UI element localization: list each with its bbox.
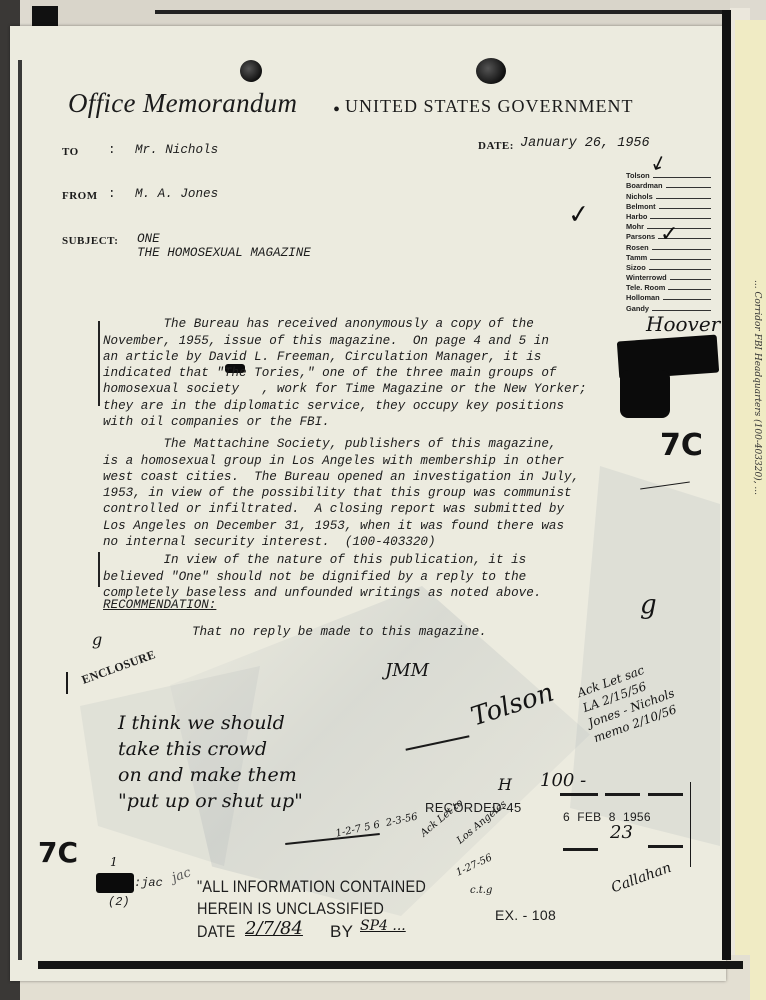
- stamp-line: [605, 793, 640, 796]
- routing-item: Harbo: [626, 211, 711, 221]
- agency-name: UNITED STATES GOVERNMENT: [345, 96, 634, 117]
- checkmark-icon: ✓: [567, 199, 591, 231]
- copy-border-top: [155, 10, 725, 14]
- punch-hole-icon: [240, 60, 262, 82]
- para-line: indicated that "The Tories," one of the …: [103, 365, 587, 381]
- subject-line-2: THE HOMOSEXUAL MAGAZINE: [137, 246, 311, 260]
- handwritten-mark-g: g: [640, 590, 657, 620]
- to-label: TO: [62, 146, 79, 158]
- from-colon: :: [108, 187, 116, 201]
- note-line: on and make them: [118, 762, 303, 788]
- note-line: take this crowd: [118, 736, 303, 762]
- para-line: is a homosexual group in Los Angeles wit…: [103, 453, 579, 469]
- pen-stroke: [66, 672, 68, 694]
- handwritten-ctg: c.t.g: [470, 885, 492, 896]
- to-value: Mr. Nichols: [135, 143, 218, 157]
- handwritten-initials-jmm: JMM: [385, 660, 429, 681]
- stamp-line: [560, 793, 598, 796]
- stamp-line: [648, 793, 683, 796]
- para-line: west coast cities. The Bureau opened an …: [103, 469, 579, 485]
- routing-item: Boardman: [626, 180, 711, 190]
- para-line: In view of the nature of this publicatio…: [103, 552, 541, 568]
- subject-line-1: ONE: [137, 232, 160, 246]
- para-line: believed "One" should not be dignified b…: [103, 569, 541, 585]
- routing-item: Belmont: [626, 201, 711, 211]
- routing-item: Holloman: [626, 292, 711, 302]
- watermark-shape: [570, 466, 720, 846]
- routing-item: Winterrowd: [626, 272, 711, 282]
- recommendation-heading: RECOMMENDATION:: [103, 598, 216, 612]
- to-colon: :: [108, 143, 116, 157]
- handwritten-mark-1: 1: [110, 855, 118, 869]
- para-line: 1953, in view of the possibility that th…: [103, 485, 579, 501]
- from-value: M. A. Jones: [135, 187, 218, 201]
- typist-initials: :jac: [134, 876, 163, 890]
- margin-bar: [98, 552, 100, 587]
- handwritten-mark-g-left: g: [92, 630, 102, 649]
- top-black-block: [32, 6, 58, 26]
- copy-count: (2): [108, 895, 130, 909]
- date-value: January 26, 1956: [520, 136, 650, 151]
- handwritten-hoover-initial: Hoover: [646, 312, 720, 336]
- exemption-mark-7c: 7C: [660, 428, 703, 463]
- memo-title: Office Memorandum: [68, 88, 297, 119]
- date-received-stamp: 6 FEB 8 1956: [563, 810, 651, 824]
- declass-signature: SP4 ...: [360, 918, 406, 934]
- handwritten-note: I think we shouldtake this crowdon and m…: [118, 710, 303, 814]
- checkmark-icon: ✓: [660, 222, 678, 247]
- para-line: The Bureau has received anonymously a co…: [103, 316, 587, 332]
- recommendation-text: That no reply be made to this magazine.: [192, 625, 487, 639]
- redaction-block: [620, 370, 670, 418]
- punch-hole-icon: [476, 58, 506, 84]
- side-note-vertical: ... Corridor FBI Headquarters (100-40332…: [742, 280, 762, 660]
- para-line: controlled or infiltrated. A closing rep…: [103, 501, 579, 517]
- date-label: DATE:: [478, 140, 514, 152]
- serial-number: 23: [610, 822, 633, 843]
- header-separator: •: [333, 99, 340, 122]
- declass-line-2: HEREIN IS UNCLASSIFIED: [197, 899, 384, 919]
- declass-date-label: DATE: [197, 922, 235, 942]
- subject-label: SUBJECT:: [62, 235, 118, 247]
- from-label: FROM: [62, 190, 98, 202]
- para-line: Los Angeles on December 31, 1953, when i…: [103, 518, 579, 534]
- para-line: they are in the diplomatic service, they…: [103, 398, 587, 414]
- handwritten-h: H: [498, 775, 512, 794]
- routing-item: Nichols: [626, 190, 711, 200]
- declass-by-label: BY: [330, 922, 353, 942]
- para-line: an article by David L. Freeman, Circulat…: [103, 349, 587, 365]
- routing-item: Tolson: [626, 170, 711, 180]
- routing-item: Sizoo: [626, 262, 711, 272]
- routing-item: Tamm: [626, 252, 711, 262]
- note-line: "put up or shut up": [118, 788, 303, 814]
- stamp-line: [690, 782, 691, 867]
- copy-border-left: [18, 60, 22, 960]
- para-line: November, 1955, issue of this magazine. …: [103, 333, 587, 349]
- note-line: I think we should: [118, 710, 303, 736]
- declass-line-1: "ALL INFORMATION CONTAINED: [197, 877, 426, 897]
- redaction-block: [96, 873, 134, 893]
- ex-stamp: EX. - 108: [495, 907, 556, 923]
- stamp-line: [563, 848, 598, 851]
- exemption-mark-7c: 7C: [38, 836, 78, 869]
- para-line: homosexual society , work for Time Magaz…: [103, 381, 587, 397]
- file-number: 100 -: [540, 770, 586, 791]
- stamp-line: [648, 845, 683, 848]
- copy-border-bottom: [38, 961, 743, 969]
- declass-date: 2/7/84: [245, 918, 303, 939]
- routing-item: Tele. Room: [626, 282, 711, 292]
- margin-bar: [98, 321, 100, 406]
- copy-border-right: [722, 10, 731, 960]
- para-line: The Mattachine Society, publishers of th…: [103, 436, 579, 452]
